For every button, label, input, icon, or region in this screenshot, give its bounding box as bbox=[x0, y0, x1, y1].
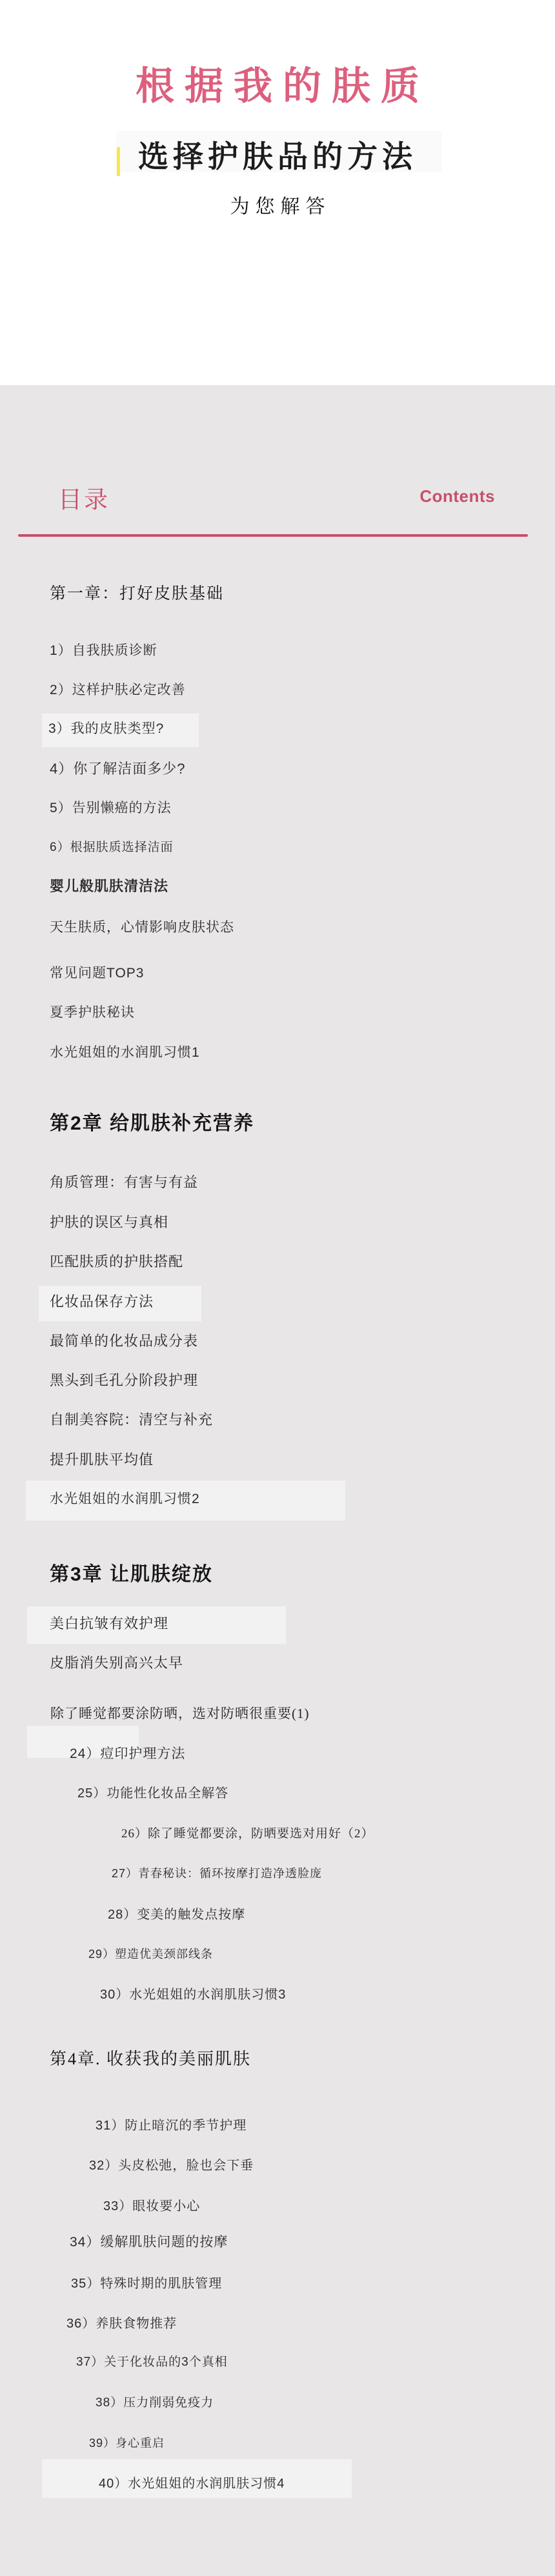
toc-entry: 37）关于化妆品的3个真相 bbox=[76, 2355, 228, 2370]
toc-entry: 除了睡觉都要涂防晒，选对防晒很重要(1) bbox=[50, 1705, 310, 1722]
toc-entry: 39）身心重启 bbox=[89, 2436, 165, 2451]
toc-entry: 5）告别懒癌的方法 bbox=[50, 800, 172, 817]
cover-subtitle: 选择护肤品的方法 bbox=[0, 133, 555, 176]
toc-entry: 水光姐姐的水润肌习惯2 bbox=[50, 1491, 200, 1508]
toc-entry: 水光姐姐的水润肌习惯1 bbox=[50, 1044, 200, 1061]
toc-entry: 美白抗皱有效护理 bbox=[50, 1615, 168, 1633]
toc-entry: 夏季护肤秘诀 bbox=[50, 1004, 135, 1021]
toc-entry: 34）缓解肌肤问题的按摩 bbox=[70, 2234, 228, 2251]
toc-entry: 6）根据肤质选择洁面 bbox=[50, 840, 174, 855]
toc-title-cn: 目录 bbox=[58, 480, 110, 515]
toc-entry: 25）功能性化妆品全解答 bbox=[77, 1786, 228, 1802]
toc-entry: 最简单的化妆品成分表 bbox=[50, 1332, 198, 1350]
toc-entry: 29）塑造优美颈部线条 bbox=[88, 1947, 213, 1962]
toc-entry: 30）水光姐姐的水润肌肤习惯3 bbox=[100, 1987, 286, 2003]
toc-entry: 提升肌肤平均值 bbox=[50, 1451, 154, 1469]
toc-entry: 4）你了解洁面多少? bbox=[50, 760, 185, 778]
chapter-heading: 第3章 让肌肤绽放 bbox=[50, 1563, 213, 1587]
chapter-heading: 第4章. 收获我的美丽肌肤 bbox=[50, 2049, 251, 2070]
toc-entry: 天生肤质，心情影响皮肤状态 bbox=[50, 919, 234, 935]
toc-entry: 36）养肤食物推荐 bbox=[66, 2316, 177, 2332]
toc-entry: 匹配肤质的护肤搭配 bbox=[50, 1253, 183, 1271]
toc-entry: 40）水光姐姐的水润肌肤习惯4 bbox=[99, 2476, 285, 2492]
toc-entry: 27）青春秘诀：循环按摩打造净透脸庞 bbox=[112, 1866, 322, 1881]
toc-entry: 2）这样护肤必定改善 bbox=[50, 682, 186, 699]
cover-title: 根据我的肤质 bbox=[0, 55, 555, 111]
toc-entry: 婴儿般肌肤清洁法 bbox=[50, 877, 168, 895]
toc-entry: 角质管理：有害与有益 bbox=[50, 1173, 198, 1192]
toc-title-en: Contents bbox=[419, 486, 495, 506]
toc-entry: 26）除了睡觉都要涂，防晒要选对用好（2） bbox=[121, 1826, 374, 1842]
toc-entry: 24）痘印护理方法 bbox=[70, 1746, 185, 1762]
chapter-heading: 第一章：打好皮肤基础 bbox=[50, 584, 224, 604]
cover-tagline: 为您解答 bbox=[0, 190, 555, 219]
toc-section: 目录 Contents 第一章：打好皮肤基础1）自我肤质诊断2）这样护肤必定改善… bbox=[0, 385, 555, 2576]
toc-entry: 常见问题TOP3 bbox=[50, 965, 144, 982]
toc-entry: 35）特殊时期的肌肤管理 bbox=[71, 2276, 222, 2292]
toc-entry: 护肤的误区与真相 bbox=[50, 1213, 168, 1232]
toc-entry: 自制美容院：清空与补充 bbox=[50, 1411, 213, 1429]
toc-entry: 33）眼妆要小心 bbox=[103, 2199, 200, 2215]
toc-entry: 1）自我肤质诊断 bbox=[50, 643, 157, 659]
cover-section: 根据我的肤质 选择护肤品的方法 为您解答 bbox=[0, 0, 555, 385]
toc-entry: 3）我的皮肤类型? bbox=[48, 721, 164, 737]
chapter-heading: 第2章 给肌肤补充营养 bbox=[50, 1112, 254, 1136]
divider-line bbox=[18, 534, 528, 537]
toc-entry: 38）压力削弱免疫力 bbox=[96, 2395, 214, 2411]
toc-entry: 31）防止暗沉的季节护理 bbox=[96, 2118, 247, 2134]
toc-entry: 28）变美的触发点按摩 bbox=[108, 1907, 245, 1923]
toc-entry: 32）头皮松弛，脸也会下垂 bbox=[89, 2158, 254, 2174]
toc-entry: 皮脂消失别高兴太早 bbox=[50, 1654, 183, 1672]
toc-entry: 黑头到毛孔分阶段护理 bbox=[50, 1372, 198, 1390]
toc-entry: 化妆品保存方法 bbox=[50, 1293, 154, 1311]
